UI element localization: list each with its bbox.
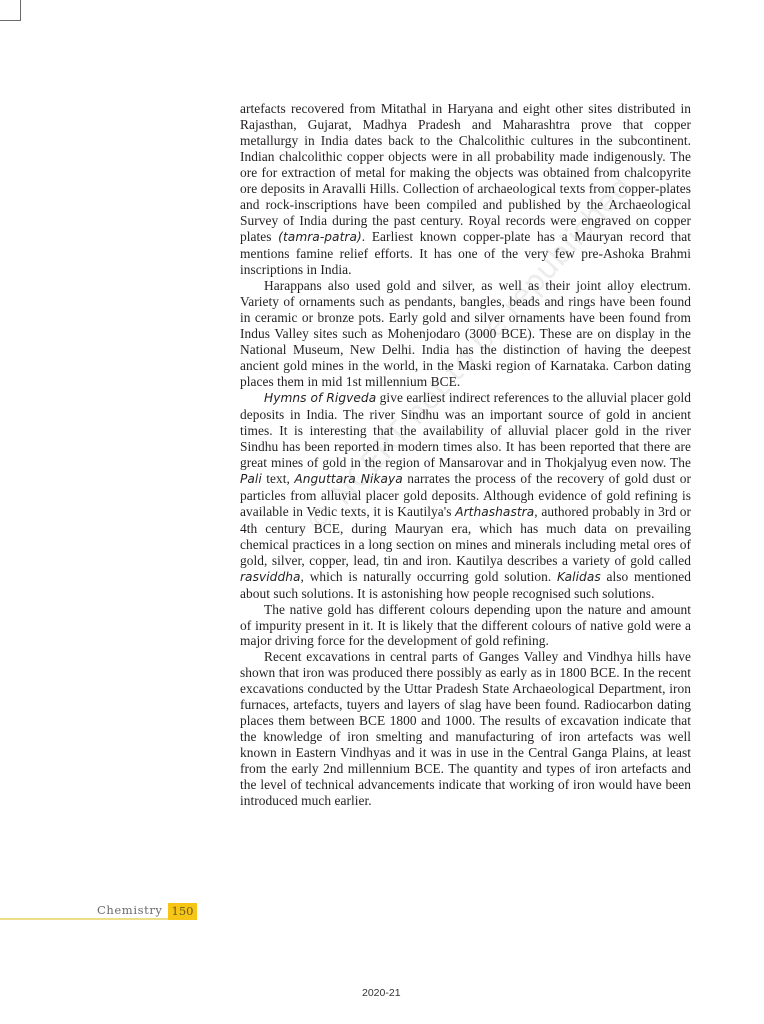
footer-subject: Chemistry (97, 903, 163, 917)
paragraph: The native gold has different colours de… (240, 602, 691, 650)
italic-term: (tamra-patra) (278, 230, 362, 244)
text-run: Harappans also used gold and silver, as … (240, 278, 691, 389)
text-run: artefacts recovered from Mitathal in Har… (240, 101, 691, 244)
paragraph: Hymns of Rigveda give earliest indirect … (240, 390, 691, 602)
page-corner-mark (0, 0, 21, 21)
text-run: The native gold has different colours de… (240, 602, 691, 649)
edition-year: 2020-21 (362, 987, 401, 999)
text-run: , which is naturally occurring gold solu… (301, 569, 557, 584)
italic-term: rasviddha (240, 570, 301, 584)
italic-term: Kalidas (557, 570, 601, 584)
paragraph: artefacts recovered from Mitathal in Har… (240, 101, 691, 278)
page-number: 150 (168, 903, 197, 920)
footer-rule (0, 918, 168, 920)
paragraph: Recent excavations in central parts of G… (240, 649, 691, 809)
italic-term: Anguttara Nikaya (294, 472, 402, 486)
italic-term: Arthashastra (455, 505, 534, 519)
text-run: Recent excavations in central parts of G… (240, 649, 691, 808)
italic-term: Hymns of Rigveda (264, 391, 376, 405)
italic-term: Pali (240, 472, 262, 486)
body-text: artefacts recovered from Mitathal in Har… (240, 101, 691, 809)
text-run: text, (262, 471, 295, 486)
paragraph: Harappans also used gold and silver, as … (240, 278, 691, 390)
